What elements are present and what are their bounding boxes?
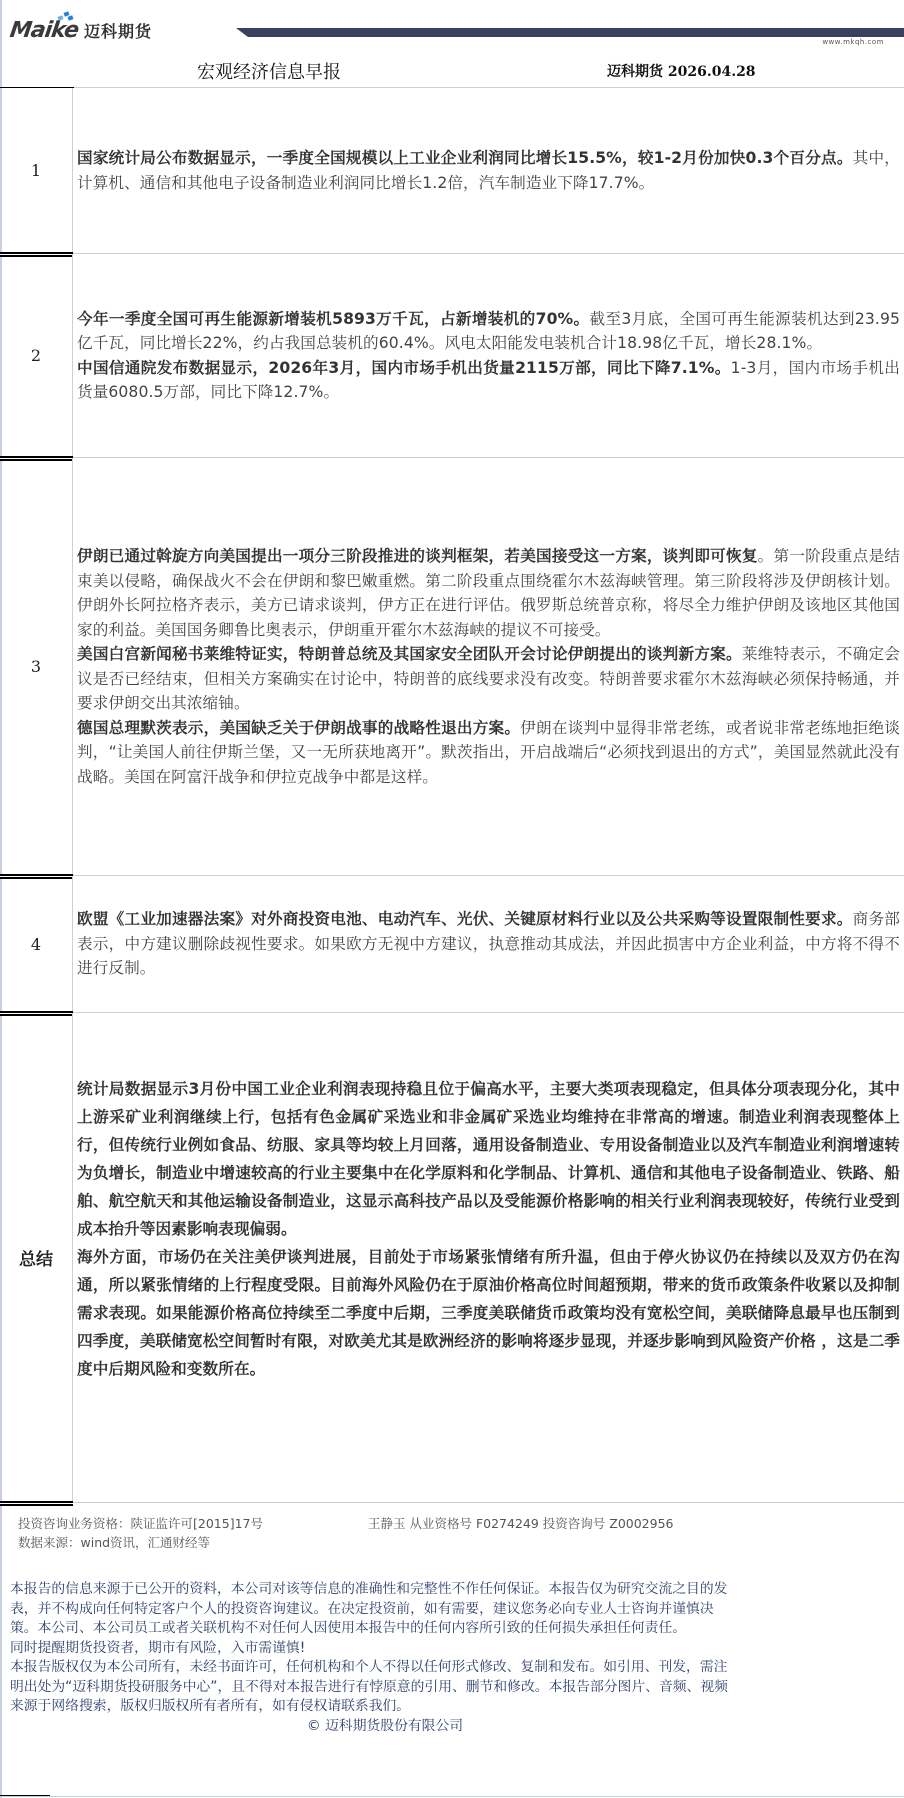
news-headline: 美国白宫新闻秘书莱维特证实，特朗普总统及其国家安全团队开会讨论伊朗提出的谈判新方… <box>77 645 742 663</box>
news-headline: 欧盟《工业加速器法案》对外商投资电池、电动汽车、光伏、关键原材料行业以及公共采购… <box>77 910 853 928</box>
company-logo: Maike 迈科期货 <box>10 18 152 42</box>
qualification-text: 投资咨询业务资格：陕证监许可[2015]17号 <box>18 1514 263 1532</box>
brand-bar: TO DISCOVER VALUE TO CREATE VALUE TO SHA… <box>236 28 904 37</box>
news-paragraph: 欧盟《工业加速器法案》对外商投资电池、电动汽车、光伏、关键原材料行业以及公共采购… <box>77 907 900 981</box>
summary-paragraph-overseas: 海外方面，市场仍在关注美伊谈判进展，目前处于市场紧张情绪有所升温，但由于停火协议… <box>77 1243 900 1383</box>
news-paragraph: 中国信通院发布数据显示，2026年3月，国内市场手机出货量2115万部，同比下降… <box>77 356 900 405</box>
table-row: 1 国家统计局公布数据显示，一季度全国规模以上工业企业利润同比增长15.5%，较… <box>0 88 904 254</box>
news-paragraph: 今年一季度全国可再生能源新增装机5893万千瓦，占新增装机的70%。截至3月底，… <box>77 307 900 356</box>
website-link[interactable]: www.mkqh.com <box>822 38 884 46</box>
bottom-rule <box>0 1796 904 1797</box>
data-source-text: 数据来源：wind资讯，汇通财经等 <box>18 1533 210 1551</box>
news-headline: 伊朗已通过斡旋方向美国提出一项分三阶段推进的谈判框架，若美国接受这一方案，谈判即… <box>77 547 758 565</box>
news-paragraph: 德国总理默茨表示，美国缺乏关于伊朗战事的战略性退出方案。伊朗在谈判中显得非常老练… <box>77 716 900 790</box>
row-number: 2 <box>0 254 73 457</box>
report-title: 宏观经济信息早报 <box>197 58 341 84</box>
logo-chinese-name: 迈科期货 <box>84 19 152 42</box>
news-paragraph: 国家统计局公布数据显示，一季度全国规模以上工业企业利润同比增长15.5%，较1-… <box>77 146 900 195</box>
table-row: 4 欧盟《工业加速器法案》对外商投资电池、电动汽车、光伏、关键原材料行业以及公共… <box>0 876 904 1013</box>
row-content: 今年一季度全国可再生能源新增装机5893万千瓦，占新增装机的70%。截至3月底，… <box>73 254 904 457</box>
analyst-info: 王静玉 从业资格号 F0274249 投资咨询号 Z0002956 <box>368 1514 674 1532</box>
news-headline: 中国信通院发布数据显示，2026年3月，国内市场手机出货量2115万部，同比下降… <box>77 359 731 377</box>
row-number: 3 <box>0 458 73 875</box>
title-row: 宏观经济信息早报 迈科期货 2026.04.28 <box>0 52 904 88</box>
report-source-date: 迈科期货 2026.04.28 <box>607 61 756 81</box>
news-headline: 国家统计局公布数据显示，一季度全国规模以上工业企业利润同比增长15.5%，较1-… <box>77 149 853 167</box>
news-headline: 德国总理默茨表示，美国缺乏关于伊朗战事的战略性退出方案。 <box>77 719 520 737</box>
table-row: 3 伊朗已通过斡旋方向美国提出一项分三阶段推进的谈判框架，若美国接受这一方案，谈… <box>0 458 904 876</box>
news-paragraph: 伊朗已通过斡旋方向美国提出一项分三阶段推进的谈判框架，若美国接受这一方案，谈判即… <box>77 544 900 642</box>
copyright-notice: 本报告版权仅为本公司所有，未经书面许可，任何机构和个人不得以任何形式修改、复制和… <box>10 1658 740 1717</box>
report-header: Maike 迈科期货 TO DISCOVER VALUE TO CREATE V… <box>0 0 904 50</box>
risk-warning: 同时提醒期货投资者，期市有风险，入市需谨慎! <box>10 1639 740 1659</box>
copyright-line: © 迈科期货股份有限公司 <box>10 1717 740 1737</box>
row-content: 伊朗已通过斡旋方向美国提出一项分三阶段推进的谈判框架，若美国接受这一方案，谈判即… <box>73 458 904 875</box>
double-rule <box>0 1501 73 1506</box>
summary-row: 总结 统计局数据显示3月份中国工业企业利润表现持稳且位于偏高水平，主要大类项表现… <box>0 1013 904 1503</box>
news-headline: 今年一季度全国可再生能源新增装机5893万千瓦，占新增装机的70%。 <box>77 310 589 328</box>
logo-dots-icon <box>58 12 76 22</box>
disclaimer: 本报告的信息来源于已公开的资料，本公司对该等信息的准确性和完整性不作任何保证。本… <box>10 1580 740 1736</box>
row-number: 4 <box>0 876 73 1012</box>
row-number: 1 <box>0 88 73 253</box>
row-content: 欧盟《工业加速器法案》对外商投资电池、电动汽车、光伏、关键原材料行业以及公共采购… <box>73 876 904 1012</box>
disclaimer-paragraph: 本报告的信息来源于已公开的资料，本公司对该等信息的准确性和完整性不作任何保证。本… <box>10 1580 740 1639</box>
summary-content: 统计局数据显示3月份中国工业企业利润表现持稳且位于偏高水平，主要大类项表现稳定，… <box>73 1013 904 1502</box>
table-row: 2 今年一季度全国可再生能源新增装机5893万千瓦，占新增装机的70%。截至3月… <box>0 254 904 458</box>
news-paragraph: 美国白宫新闻秘书莱维特证实，特朗普总统及其国家安全团队开会讨论伊朗提出的谈判新方… <box>77 642 900 716</box>
summary-paragraph-domestic: 统计局数据显示3月份中国工业企业利润表现持稳且位于偏高水平，主要大类项表现稳定，… <box>77 1075 900 1243</box>
summary-label: 总结 <box>0 1013 73 1502</box>
row-content: 国家统计局公布数据显示，一季度全国规模以上工业企业利润同比增长15.5%，较1-… <box>73 88 904 253</box>
